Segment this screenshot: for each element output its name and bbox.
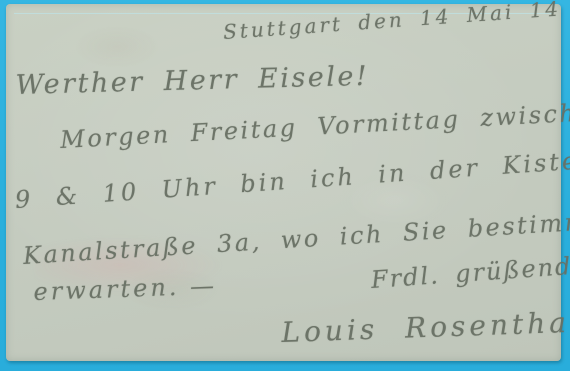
postcard: Stuttgart den 14 Mai 14 Werther Herr Eis… [6,4,561,361]
